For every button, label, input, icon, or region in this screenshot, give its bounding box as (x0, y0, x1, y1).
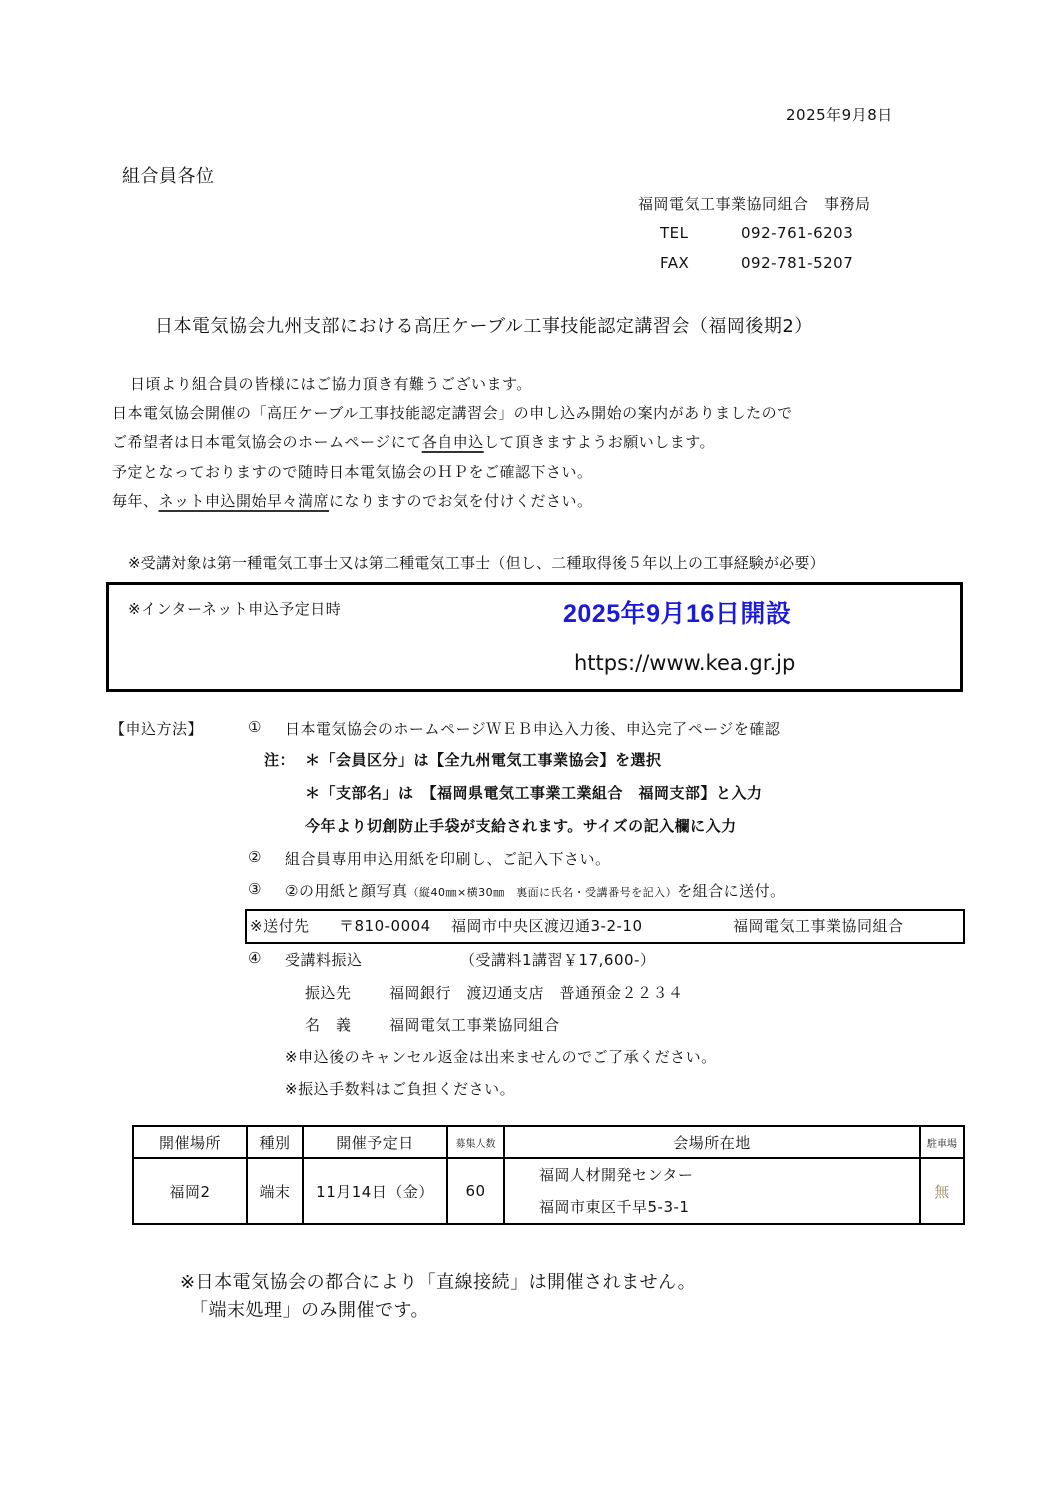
cell-place: 福岡2 (133, 1158, 247, 1224)
note-gloves: 今年より切創防止手袋が支給されます。サイズの記入欄に入力 (305, 815, 737, 836)
send-to-address: 福岡市中央区渡辺通3-2-10 (451, 915, 643, 936)
body-line-3-pre: ご希望者は日本電気協会のホームページにて (112, 433, 422, 451)
course-fee: （受講料1講習￥17,600-） (460, 949, 655, 970)
step-3-pre: ②の用紙と顔写真 (285, 882, 407, 900)
body-line-5-pre: 毎年、 (112, 492, 159, 510)
note-branch-name: ＊「支部名」は 【福岡県電気工事業工業組合 福岡支部】と入力 (305, 782, 763, 803)
send-to-org: 福岡電気工事業協同組合 (733, 915, 904, 936)
header-venue-address: 会場所在地 (504, 1126, 920, 1158)
footer-note-1: ※日本電気協会の都合により「直線接続」は開催されません。 (180, 1268, 696, 1294)
footer-note-2: 「端末処理」のみ開催です。 (190, 1296, 429, 1322)
fax-number: 092-781-5207 (741, 254, 853, 272)
fax-label: FAX (660, 254, 689, 272)
kea-website-link[interactable]: https://www.kea.gr.jp (574, 651, 795, 675)
document-title: 日本電気協会九州支部における高圧ケーブル工事技能認定講習会（福岡後期2） (155, 312, 813, 338)
step-2-text: 組合員専用申込用紙を印刷し、ご記入下さい。 (285, 848, 611, 869)
step-2-number: ② (248, 848, 262, 866)
body-line-3: ご希望者は日本電気協会のホームページにて各自申込して頂きますようお願いします。 (112, 431, 715, 452)
cell-type: 端末 (247, 1158, 303, 1224)
transfer-fee-note: ※振込手数料はご負担ください。 (285, 1078, 515, 1099)
tel-number: 092-761-6203 (741, 224, 853, 242)
cancel-note: ※申込後のキャンセル返金は出来ませんのでご了承ください。 (285, 1046, 717, 1067)
bank-label: 振込先 (305, 982, 352, 1003)
step-1-text: 日本電気協会のホームページＷＥＢ申込入力後、申込完了ページを確認 (285, 718, 780, 739)
body-line-3-post: して頂きますようお願いします。 (484, 433, 715, 451)
header-capacity: 募集人数 (447, 1126, 504, 1158)
cell-capacity: 60 (447, 1158, 504, 1224)
table-header-row: 開催場所 種別 開催予定日 募集人数 会場所在地 駐車場 (133, 1126, 964, 1158)
bank-account: 福岡銀行 渡辺通支店 普通預金２２３４ (389, 982, 684, 1003)
venue-table: 開催場所 種別 開催予定日 募集人数 会場所在地 駐車場 福岡2 端末 11月1… (132, 1125, 965, 1225)
body-line-5: 毎年、ネット申込開始早々満席になりますのでお気を付けください。 (112, 490, 593, 511)
individual-application-emphasis: 各自申込 (422, 433, 484, 451)
header-scheduled-date: 開催予定日 (303, 1126, 447, 1158)
body-line-4: 予定となっておりますので随時日本電気協会のＨＰをご確認下さい。 (112, 461, 593, 482)
step-4-number: ④ (248, 949, 262, 967)
venue-address: 福岡市東区千早5-3-1 (539, 1191, 919, 1223)
application-method-heading: 【申込方法】 (110, 718, 203, 739)
sender-org: 福岡電気工事業協同組合 事務局 (638, 193, 871, 214)
eligibility-note: ※受講対象は第一種電気工事士又は第二種電気工事士（但し、二種取得後５年以上の工事… (128, 552, 825, 573)
step-3-number: ③ (248, 880, 262, 898)
account-holder-label: 名 義 (305, 1014, 352, 1035)
addressee: 組合員各位 (122, 162, 215, 188)
document-date: 2025年9月8日 (786, 104, 893, 125)
send-to-postal: 〒810-0004 (339, 915, 431, 936)
step-3-post: を組合に送付。 (677, 882, 786, 900)
venue-name: 福岡人材開発センター (539, 1159, 919, 1191)
photo-spec: （縦40㎜×横30㎜ 裏面に氏名・受講番号を記入） (407, 886, 677, 899)
body-line-5-post: になりますのでお気を付けください。 (329, 492, 593, 510)
header-parking: 駐車場 (920, 1126, 964, 1158)
tel-label: TEL (660, 224, 689, 242)
table-row: 福岡2 端末 11月14日（金） 60 福岡人材開発センター 福岡市東区千早5-… (133, 1158, 964, 1224)
body-line-1: 日頃より組合員の皆様にはご協力頂き有難うございます。 (130, 373, 532, 394)
application-open-date: 2025年9月16日開設 (563, 594, 791, 630)
cell-venue: 福岡人材開発センター 福岡市東区千早5-3-1 (504, 1158, 920, 1224)
note-label: 注： (264, 749, 295, 770)
account-holder: 福岡電気工事業協同組合 (389, 1014, 560, 1035)
body-line-2: 日本電気協会開催の「高圧ケーブル工事技能認定講習会」の申し込み開始の案内がありま… (112, 402, 793, 423)
fills-up-quickly-emphasis: ネット申込開始早々満席 (159, 492, 330, 510)
step-4-text: 受講料振込 (285, 949, 363, 970)
cell-date: 11月14日（金） (303, 1158, 447, 1224)
step-1-number: ① (248, 718, 262, 736)
step-3-text: ②の用紙と顔写真（縦40㎜×横30㎜ 裏面に氏名・受講番号を記入）を組合に送付。 (285, 880, 786, 901)
cell-parking: 無 (920, 1158, 964, 1224)
internet-application-label: ※インターネット申込予定日時 (128, 598, 341, 619)
note-member-category: ＊「会員区分」は【全九州電気工事業協会】を選択 (305, 749, 662, 770)
header-venue-place: 開催場所 (133, 1126, 247, 1158)
header-type: 種別 (247, 1126, 303, 1158)
send-to-label: ※送付先 (250, 915, 310, 936)
